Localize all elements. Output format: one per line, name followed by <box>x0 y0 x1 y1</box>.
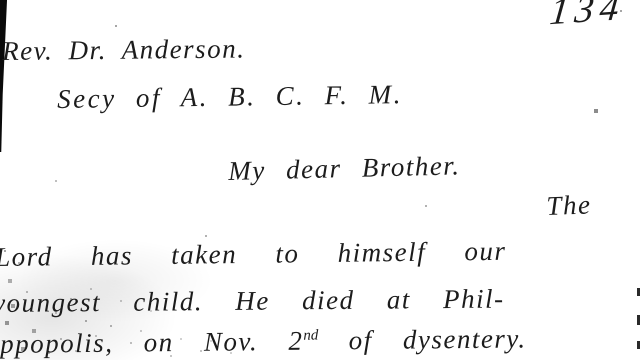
body-line-4-text: of dysentery. <box>318 323 527 355</box>
recipient-title-line: Secy of A. B. C. F. M. <box>57 81 403 113</box>
body-line-2: Lord has taken to himself our <box>0 238 507 271</box>
scan-edge-artifact <box>0 0 9 152</box>
ordinal-superscript: nd <box>303 328 318 344</box>
body-line-4: ippopolis, on Nov. 2nd of dysentery. <box>0 325 527 358</box>
body-line-1: The <box>546 191 592 220</box>
scanned-letter-page: 134 Rev. Dr. Anderson. Secy of A. B. C. … <box>0 0 640 360</box>
body-line-4-text: ippopolis, on Nov. 2 <box>0 326 304 359</box>
recipient-line: Rev. Dr. Anderson. <box>2 35 246 65</box>
salutation-line: My dear Brother. <box>228 152 461 185</box>
body-line-3: youngest child. He died at Phil- <box>0 286 505 317</box>
page-number: 134 <box>548 0 627 31</box>
